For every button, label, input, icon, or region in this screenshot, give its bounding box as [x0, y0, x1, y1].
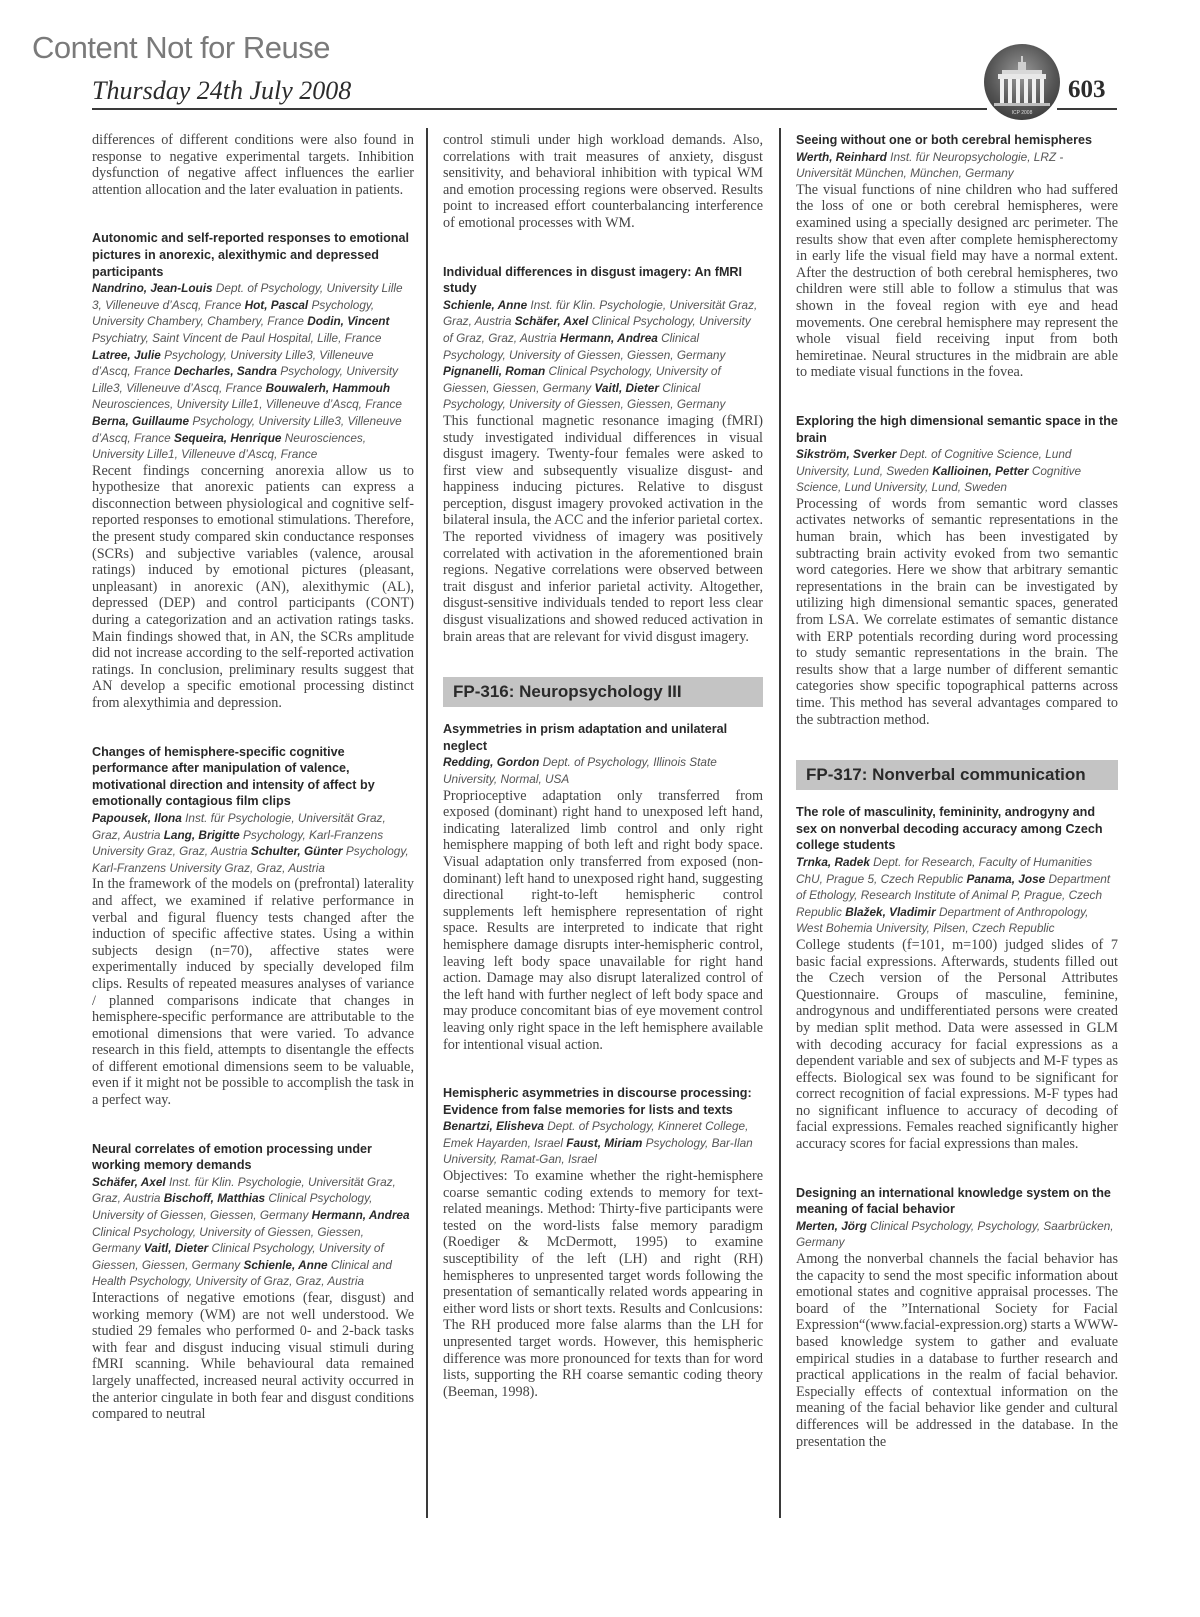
author-name: Schäfer, Axel: [92, 1175, 166, 1189]
author-name: Bischoff, Matthias: [164, 1191, 265, 1205]
watermark: Content Not for Reuse: [32, 30, 330, 66]
abstract-body: Among the nonverbal channels the facial …: [796, 1251, 1118, 1450]
author-name: Vaitl, Dieter: [144, 1241, 208, 1255]
author-name: Papousek, Ilona: [92, 811, 182, 825]
continued-abstract-text: control stimuli under high workload dema…: [443, 132, 763, 232]
author-name: Vaitl, Dieter: [594, 381, 658, 395]
author-name: Pignanelli, Roman: [443, 364, 545, 378]
abstract-title: Hemispheric asymmetries in discourse pro…: [443, 1085, 763, 1118]
abstract-authors: Werth, Reinhard Inst. für Neuropsycholog…: [796, 149, 1118, 182]
abstract-title: The role of masculinity, femininity, and…: [796, 804, 1118, 854]
abstract-authors: Papousek, Ilona Inst. für Psychologie, U…: [92, 810, 414, 876]
author-name: Sequeira, Henrique: [174, 431, 282, 445]
column-divider: [779, 128, 781, 1518]
abstract: Neural correlates of emotion processing …: [92, 1141, 414, 1423]
abstract-authors: Schäfer, Axel Inst. für Klin. Psychologi…: [92, 1174, 414, 1290]
header-rule: [92, 108, 987, 110]
author-name: Latree, Julie: [92, 348, 161, 362]
abstract: Asymmetries in prism adaptation and unil…: [443, 721, 763, 1053]
abstract-authors: Nandrino, Jean-Louis Dept. of Psychology…: [92, 280, 414, 463]
abstract-body: Interactions of negative emotions (fear,…: [92, 1290, 414, 1423]
abstract: Exploring the high dimensional semantic …: [796, 413, 1118, 728]
author-name: Benartzi, Elisheva: [443, 1119, 544, 1133]
author-name: Kallioinen, Petter: [932, 464, 1028, 478]
abstract-authors: Sikström, Sverker Dept. of Cognitive Sci…: [796, 446, 1118, 496]
author-name: Hermann, Andrea: [560, 331, 658, 345]
abstract-body: The visual functions of nine children wh…: [796, 182, 1118, 381]
session-header: FP-317: Nonverbal communication: [796, 760, 1118, 790]
abstract: Seeing without one or both cerebral hemi…: [796, 132, 1118, 381]
author-name: Faust, Miriam: [566, 1136, 642, 1150]
author-name: Nandrino, Jean-Louis: [92, 281, 213, 295]
abstract-title: Seeing without one or both cerebral hemi…: [796, 132, 1118, 149]
column-divider: [426, 128, 428, 1518]
abstract-body: Processing of words from semantic word c…: [796, 496, 1118, 728]
author-name: Schulter, Günter: [251, 844, 343, 858]
abstract-title: Exploring the high dimensional semantic …: [796, 413, 1118, 446]
author-name: Panama, Jose: [967, 872, 1046, 886]
abstract-body: Objectives: To examine whether the right…: [443, 1168, 763, 1400]
abstract-body: Proprioceptive adaptation only transferr…: [443, 788, 763, 1054]
abstract-body: This functional magnetic resonance imagi…: [443, 413, 763, 645]
abstract: Individual differences in disgust imager…: [443, 264, 763, 646]
column-2: control stimuli under high workload dema…: [443, 132, 763, 1400]
author-name: Sikström, Sverker: [796, 447, 896, 461]
author-name: Dodin, Vincent: [307, 314, 389, 328]
author-name: Berna, Guillaume: [92, 414, 189, 428]
abstract-body: In the framework of the models on (prefr…: [92, 876, 414, 1108]
author-name: Bouwalerh, Hammouh: [266, 381, 391, 395]
author-affiliation: Psychiatry, Saint Vincent de Paul Hospit…: [92, 331, 381, 345]
abstract-authors: Merten, Jörg Clinical Psychology, Psycho…: [796, 1218, 1118, 1251]
abstract-authors: Trnka, Radek Dept. for Research, Faculty…: [796, 854, 1118, 937]
author-affiliation: Neurosciences, University Lille1, Villen…: [92, 397, 402, 411]
abstract-authors: Benartzi, Elisheva Dept. of Psychology, …: [443, 1118, 763, 1168]
abstract-title: Neural correlates of emotion processing …: [92, 1141, 414, 1174]
column-1: differences of different conditions were…: [92, 132, 414, 1423]
abstract-title: Designing an international knowledge sys…: [796, 1185, 1118, 1218]
author-name: Trnka, Radek: [796, 855, 870, 869]
session-header: FP-316: Neuropsychology III: [443, 677, 763, 707]
svg-text:ICP 2008: ICP 2008: [1012, 110, 1033, 116]
author-name: Hot, Pascal: [245, 298, 309, 312]
author-name: Werth, Reinhard: [796, 150, 887, 164]
author-name: Redding, Gordon: [443, 755, 539, 769]
abstract: Changes of hemisphere-specific cognitive…: [92, 744, 414, 1109]
author-name: Merten, Jörg: [796, 1219, 867, 1233]
abstract-title: Changes of hemisphere-specific cognitive…: [92, 744, 414, 810]
continued-abstract-text: differences of different conditions were…: [92, 132, 414, 198]
brandenburg-gate-logo-icon: ICP 2008: [984, 44, 1060, 120]
author-name: Hermann, Andrea: [312, 1208, 410, 1222]
column-3: Seeing without one or both cerebral hemi…: [796, 132, 1118, 1450]
abstract-title: Asymmetries in prism adaptation and unil…: [443, 721, 763, 754]
abstract: Designing an international knowledge sys…: [796, 1185, 1118, 1451]
abstract: The role of masculinity, femininity, and…: [796, 804, 1118, 1152]
author-name: Blažek, Vladimir: [845, 905, 935, 919]
abstract-title: Individual differences in disgust imager…: [443, 264, 763, 297]
running-header-date: Thursday 24th July 2008: [92, 76, 351, 106]
page-number: 603: [1068, 76, 1106, 104]
author-name: Schäfer, Axel: [515, 314, 589, 328]
author-name: Schienle, Anne: [243, 1258, 327, 1272]
abstract-body: Recent findings concerning anorexia allo…: [92, 463, 414, 712]
author-name: Schienle, Anne: [443, 298, 527, 312]
abstract: Hemispheric asymmetries in discourse pro…: [443, 1085, 763, 1400]
abstract-authors: Redding, Gordon Dept. of Psychology, Ill…: [443, 754, 763, 787]
abstract-title: Autonomic and self-reported responses to…: [92, 230, 414, 280]
author-name: Decharles, Sandra: [174, 364, 277, 378]
abstract-authors: Schienle, Anne Inst. für Klin. Psycholog…: [443, 297, 763, 413]
abstract: Autonomic and self-reported responses to…: [92, 230, 414, 711]
header-rule: [1057, 108, 1117, 110]
abstract-body: College students (f=101, m=100) judged s…: [796, 937, 1118, 1153]
author-name: Lang, Brigitte: [164, 828, 240, 842]
